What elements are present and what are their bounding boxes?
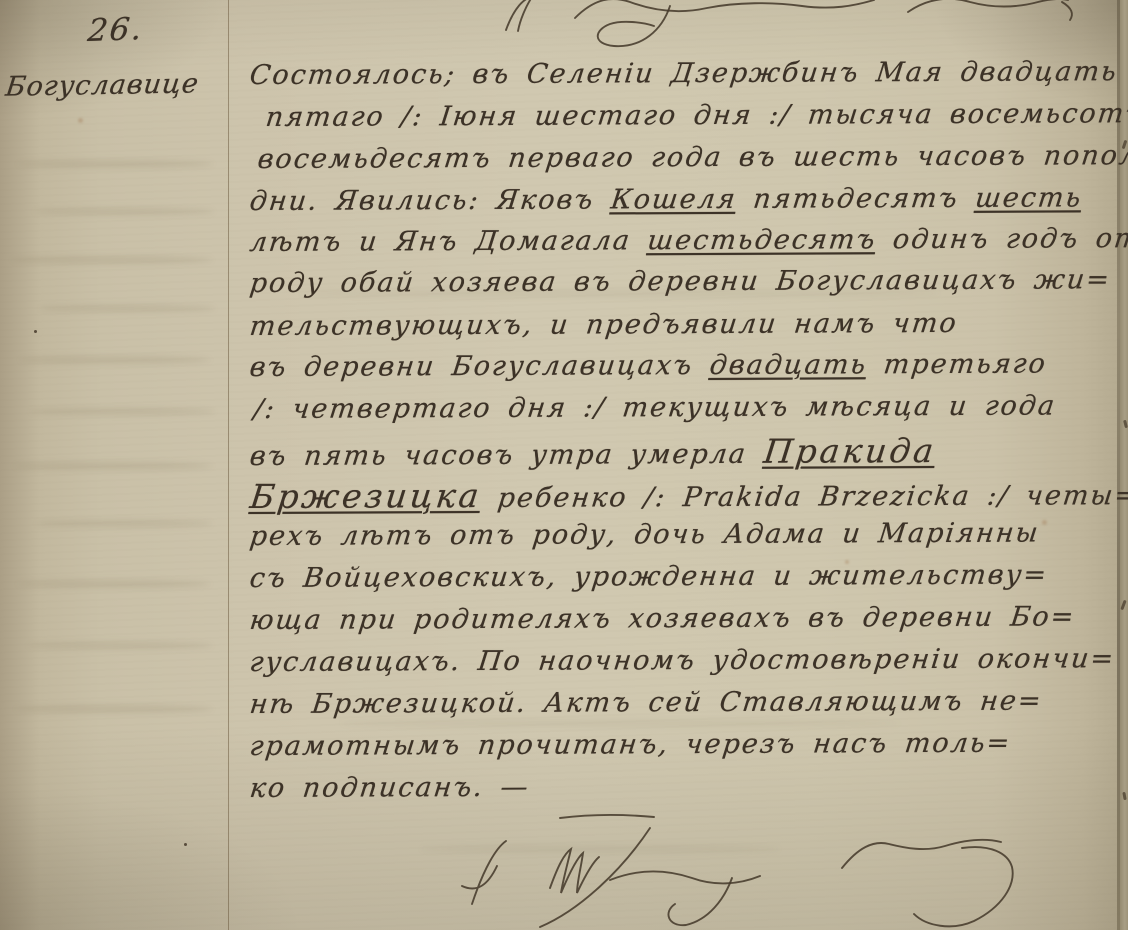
- transcript-text: восемьдесятъ перваго года въ шесть часов…: [256, 140, 1128, 175]
- transcript-line: дни. Явились: Яковъ Кошеля пятьдесятъ ше…: [248, 182, 1084, 217]
- transcript-line: юща при родителяхъ хозяевахъ въ деревни …: [248, 601, 1077, 636]
- transcript-line: въ пять часовъ утра умерла Пракида: [248, 431, 939, 473]
- transcript-line: лѣтъ и Янъ Домагала шестьдесятъ одинъ го…: [248, 223, 1128, 258]
- transcript-text: Состоялось; въ Селеніи Дзержбинъ Мая два…: [248, 56, 1120, 91]
- transcript-line: съ Войцеховскихъ, урожденна и жительству…: [248, 560, 1050, 594]
- transcript-text: роду обай хозяева въ деревни Богуславица…: [248, 264, 1113, 299]
- transcript-text: лѣтъ и Янъ Домагала: [248, 225, 650, 258]
- transcript-text: грамотнымъ прочитанъ, черезъ насъ толь=: [248, 728, 1013, 762]
- transcript-text: въ пять часовъ утра умерла: [248, 439, 765, 472]
- transcript-line: /: четвертаго дня :/ текущихъ мѣсяца и г…: [252, 391, 1058, 425]
- transcript-text: съ Войцеховскихъ, урожденна и жительству…: [248, 560, 1050, 594]
- registrar-signature: [400, 808, 1040, 930]
- transcript-line: грамотнымъ прочитанъ, черезъ насъ толь=: [248, 728, 1013, 762]
- transcript-text: дни. Явились: Яковъ: [248, 184, 613, 217]
- transcript-line: рехъ лѣтъ отъ роду, дочь Адама и Маріянн…: [248, 518, 1042, 552]
- transcript-text: нѣ Бржезицкой. Актъ сей Ставляющимъ не=: [248, 686, 1044, 720]
- transcript-line: тельствующихъ, и предъявили намъ что: [248, 308, 960, 342]
- underlined-name: шестьдесятъ: [646, 224, 878, 256]
- underlined-name: Пракида: [762, 431, 939, 471]
- transcript-text: юща при родителяхъ хозяевахъ въ деревни …: [248, 601, 1077, 636]
- transcript-text: одинъ годъ отъ: [875, 223, 1128, 255]
- underlined-name: шесть: [974, 182, 1085, 213]
- underlined-name: Бржезицка: [248, 476, 484, 516]
- transcript: Состоялось; въ Селеніи Дзержбинъ Мая два…: [0, 0, 1128, 930]
- transcript-line: ко подписанъ. —: [248, 772, 531, 804]
- transcript-text: ребенко /: Prakida Brzezicka :/ четы=: [479, 480, 1128, 514]
- transcript-line: нѣ Бржезицкой. Актъ сей Ставляющимъ не=: [248, 686, 1044, 720]
- transcript-line: восемьдесятъ перваго года въ шесть часов…: [256, 140, 1128, 175]
- transcript-text: тельствующихъ, и предъявили намъ что: [248, 308, 960, 342]
- transcript-text: гуславицахъ. По наочномъ удостовѣреніи о…: [248, 643, 1117, 678]
- transcript-text: пятаго /: Іюня шестаго дня :/ тысяча вос…: [264, 98, 1128, 133]
- underlined-name: двадцать: [708, 349, 869, 381]
- transcript-text: ко подписанъ. —: [248, 772, 531, 804]
- transcript-line: гуславицахъ. По наочномъ удостовѣреніи о…: [248, 643, 1117, 678]
- transcript-text: третьяго: [865, 349, 1048, 381]
- transcript-text: въ деревни Богуславицахъ: [248, 350, 712, 383]
- transcript-line: пятаго /: Іюня шестаго дня :/ тысяча вос…: [264, 98, 1128, 133]
- transcript-text: пятьдесятъ: [735, 183, 977, 215]
- transcript-text: /: четвертаго дня :/ текущихъ мѣсяца и г…: [252, 391, 1058, 425]
- transcript-text: рехъ лѣтъ отъ роду, дочь Адама и Маріянн…: [248, 518, 1042, 552]
- underlined-name: Кошеля: [609, 184, 739, 216]
- transcript-line: Бржезицка ребенко /: Prakida Brzezicka :…: [248, 473, 1128, 516]
- transcript-line: въ деревни Богуславицахъ двадцать третья…: [248, 349, 1049, 383]
- transcript-line: Состоялось; въ Селеніи Дзержбинъ Мая два…: [248, 56, 1120, 91]
- transcript-line: роду обай хозяева въ деревни Богуславица…: [248, 264, 1113, 299]
